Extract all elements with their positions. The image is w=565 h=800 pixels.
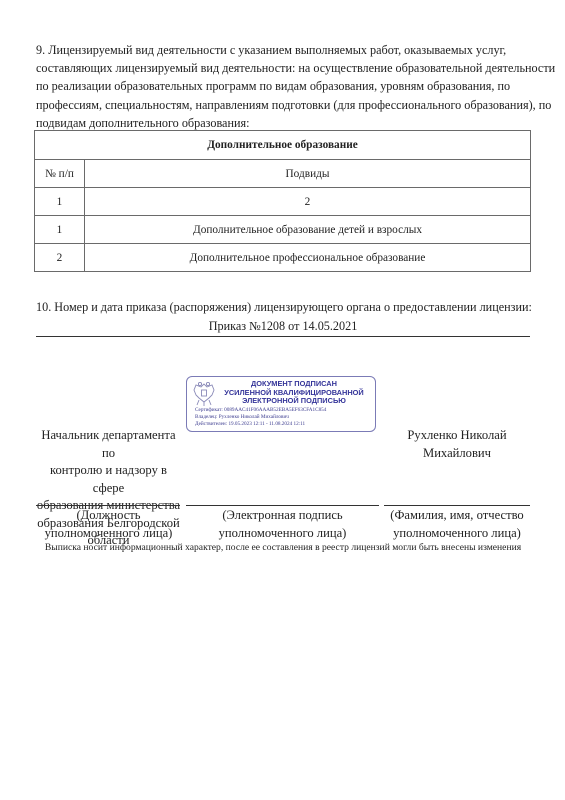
caption-line: (Фамилия, имя, отчество: [380, 507, 534, 525]
stamp-valid: Действителен: 19.05.2023 12:11 - 11.08.2…: [195, 421, 305, 427]
caption-line: уполномоченного лица): [380, 525, 534, 543]
e-signature-stamp: ДОКУМЕНТ ПОДПИСАН УСИЛЕННОЙ КВАЛИФИЦИРОВ…: [186, 376, 376, 432]
position-underline: [36, 505, 180, 506]
caption-position: (Должность уполномоченного лица): [36, 507, 181, 542]
table-row: 2 Дополнительное профессиональное образо…: [35, 244, 531, 272]
disclaimer-footer: Выписка носит информационный характер, п…: [36, 542, 530, 553]
position-line: Начальник департамента по: [36, 427, 181, 462]
stamp-certificate: Сертификат: 0089AAC41F06AAAB52EBA5EF63CF…: [195, 407, 326, 413]
name-line: Михайлович: [383, 445, 531, 463]
column-number-2: 2: [85, 188, 531, 216]
header-subtypes: Подвиды: [85, 160, 531, 188]
caption-signature: (Электронная подпись уполномоченного лиц…: [186, 507, 379, 542]
name-underline: [384, 505, 530, 506]
order-underline: [36, 336, 530, 337]
subtypes-table: Дополнительное образование № п/п Подвиды…: [34, 130, 531, 272]
caption-name: (Фамилия, имя, отчество уполномоченного …: [380, 507, 534, 542]
position-line: контролю и надзору в сфере: [36, 462, 181, 497]
section-9-line: по реализации образовательных программ п…: [36, 77, 536, 95]
column-number-1: 1: [35, 188, 85, 216]
stamp-owner: Владелец: Рухленко Николай Михайлович: [195, 414, 289, 420]
table-title: Дополнительное образование: [35, 131, 531, 160]
caption-line: уполномоченного лица): [186, 525, 379, 543]
signature-underline: [186, 505, 379, 506]
section-9-line: профессиям, специальностям, направлениям…: [36, 96, 536, 114]
caption-line: уполномоченного лица): [36, 525, 181, 543]
row-subtype: Дополнительное профессиональное образова…: [85, 244, 531, 272]
row-number: 1: [35, 216, 85, 244]
signatory-name: Рухленко Николай Михайлович: [383, 427, 531, 462]
caption-line: (Должность: [36, 507, 181, 525]
section-9-line: составляющих лицензируемый вид деятельно…: [36, 59, 536, 77]
section-10-label: 10. Номер и дата приказа (распоряжения) …: [36, 300, 532, 315]
row-subtype: Дополнительное образование детей и взрос…: [85, 216, 531, 244]
table-row: 1 Дополнительное образование детей и взр…: [35, 216, 531, 244]
caption-line: (Электронная подпись: [186, 507, 379, 525]
header-number: № п/п: [35, 160, 85, 188]
section-9-text: 9. Лицензируемый вид деятельности с указ…: [36, 41, 536, 132]
row-number: 2: [35, 244, 85, 272]
stamp-title-3: ЭЛЕКТРОННОЙ ПОДПИСЬЮ: [213, 397, 375, 406]
section-9-line: 9. Лицензируемый вид деятельности с указ…: [36, 41, 536, 59]
order-number: Приказ №1208 от 14.05.2021: [36, 319, 530, 334]
name-line: Рухленко Николай: [383, 427, 531, 445]
